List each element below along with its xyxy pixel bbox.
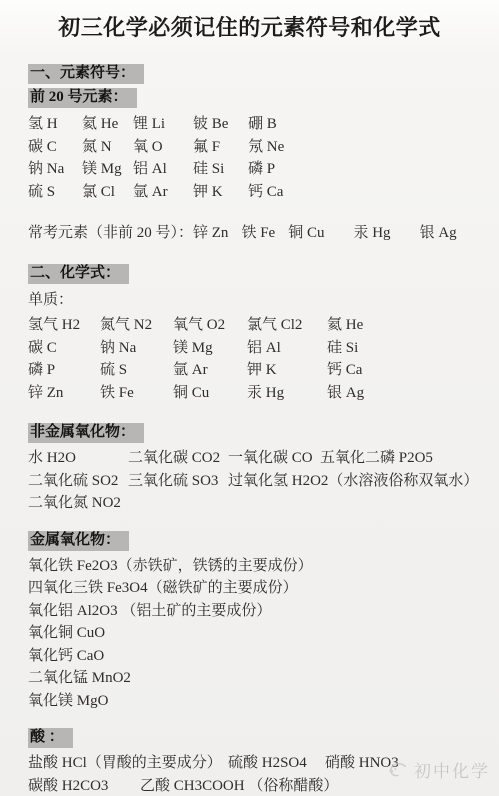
element-cell: 铝 Al [133, 158, 193, 181]
common-element: 银 Ag [420, 225, 457, 241]
formula-cell: 盐酸 HCl（胃酸的主要成分） [28, 752, 228, 775]
document-content: 一、元素符号： 前 20 号元素： 氢 H 氦 He 锂 Li 铍 Be 硼 B… [0, 64, 499, 796]
subheader-pure-substances: 单质： [28, 289, 489, 312]
section-header-chemical-formulas: 二、化学式： [28, 264, 129, 284]
formula-cell: 过氧化氢 H2O2（水溶液俗称双氧水） [228, 470, 478, 493]
formula-cell: 硫酸 H2SO4 [228, 752, 325, 775]
section-header-metal-oxides: 金属氧化物： [28, 531, 129, 551]
element-symbol-table: 氢 H 氦 He 锂 Li 铍 Be 硼 B 碳 C 氮 N 氧 O 氟 F 氖… [28, 113, 489, 203]
document-page: 初三化学必须记住的元素符号和化学式 一、元素符号： 前 20 号元素： 氢 H … [0, 0, 499, 796]
formula-cell: 碳 C [28, 337, 100, 360]
metal-oxide-line: 氧化铜 CuO [28, 622, 489, 645]
formula-cell: 水 H2O [28, 447, 128, 470]
element-cell: 硼 B [248, 113, 489, 136]
subsection-first-20: 前 20 号元素： [28, 88, 489, 108]
watermark: 初中化学 [387, 757, 490, 782]
element-cell: 钠 Na [28, 158, 82, 181]
element-cell: 磷 P [248, 158, 489, 181]
section-header-acids: 酸 ： [28, 728, 73, 748]
section-element-symbols: 一、元素符号： [28, 64, 489, 84]
element-cell: 硫 S [28, 181, 82, 204]
chemistry-logo-icon [387, 760, 409, 780]
formula-cell: 二氧化碳 CO2 [128, 447, 228, 470]
element-cell: 锂 Li [133, 113, 193, 136]
common-element: 锌 Zn [193, 225, 228, 241]
common-element: 铁 Fe [241, 225, 275, 241]
metal-oxide-line: 四氧化三铁 Fe3O4（磁铁矿的主要成份） [28, 577, 489, 600]
formula-cell: 硫 S [100, 359, 173, 382]
metal-oxide-line: 氧化铝 Al2O3 （铝土矿的主要成份） [28, 600, 489, 623]
formula-cell: 铁 Fe [100, 382, 173, 405]
formula-cell: 锌 Zn [28, 382, 100, 405]
formula-cell: 镁 Mg [173, 337, 247, 360]
formula-cell: 氢气 H2 [28, 314, 100, 337]
formula-cell: 乙酸 CH3COOH （俗称醋酸） [140, 775, 338, 796]
metal-oxide-line: 氧化镁 MgO [28, 690, 489, 713]
element-cell: 镁 Mg [82, 158, 133, 181]
page-title: 初三化学必须记住的元素符号和化学式 [6, 13, 493, 43]
formula-cell: 氩 Ar [173, 359, 247, 382]
element-cell: 碳 C [28, 136, 82, 159]
element-cell: 硅 Si [193, 158, 248, 181]
metal-oxide-line: 氧化钙 CaO [28, 645, 489, 668]
section-header-element-symbols: 一、元素符号： [28, 64, 144, 84]
section-acids: 酸 ： [28, 728, 489, 748]
element-cell: 氧 O [133, 136, 193, 159]
element-cell: 氖 Ne [248, 136, 489, 159]
formula-cell: 铜 Cu [173, 382, 247, 405]
common-elements-label: 常考元素（非前 20 号）： [28, 225, 193, 241]
formula-cell: 硅 Si [327, 337, 489, 360]
metal-oxide-list: 氧化铁 Fe2O3（赤铁矿，铁锈的主要成份） 四氧化三铁 Fe3O4（磁铁矿的主… [28, 555, 489, 713]
formula-cell: 二氧化硫 SO2 [28, 470, 128, 493]
metal-oxide-line: 二氧化锰 MnO2 [28, 667, 489, 690]
formula-cell: 氮气 N2 [100, 314, 173, 337]
formula-cell: 氯气 Cl2 [247, 314, 327, 337]
formula-cell: 钾 K [247, 359, 327, 382]
element-cell: 氟 F [193, 136, 248, 159]
formula-cell: 二氧化氮 NO2 [28, 492, 121, 515]
section-metal-oxides: 金属氧化物： [28, 531, 489, 551]
formula-cell: 银 Ag [327, 382, 489, 405]
element-cell: 氩 Ar [133, 181, 193, 204]
metal-oxide-line: 氧化铁 Fe2O3（赤铁矿，铁锈的主要成份） [28, 555, 489, 578]
element-cell: 铍 Be [193, 113, 248, 136]
formula-cell: 一氧化碳 CO [228, 447, 320, 470]
element-cell: 氮 N [82, 136, 133, 159]
nonmetal-oxide-row: 二氧化硫 SO2三氧化硫 SO3过氧化氢 H2O2（水溶液俗称双氧水） [28, 470, 489, 493]
formula-cell: 五氧化二磷 P2O5 [320, 447, 433, 470]
section-nonmetal-oxides: 非金属氧化物： [28, 423, 489, 443]
element-cell: 钾 K [193, 181, 248, 204]
element-cell: 氦 He [82, 113, 133, 136]
section-chemical-formulas: 二、化学式： [28, 264, 489, 284]
element-cell: 钙 Ca [248, 181, 489, 204]
common-elements-line: 常考元素（非前 20 号）：锌 Zn铁 Fe铜 Cu汞 Hg银 Ag [28, 222, 489, 245]
formula-cell: 磷 P [28, 359, 100, 382]
nonmetal-oxide-row: 二氧化氮 NO2 [28, 492, 489, 515]
formula-cell: 铝 Al [247, 337, 327, 360]
element-cell: 氯 Cl [82, 181, 133, 204]
nonmetal-oxide-list: 水 H2O二氧化碳 CO2一氧化碳 CO五氧化二磷 P2O5 二氧化硫 SO2三… [28, 447, 489, 515]
formula-cell: 氦 He [327, 314, 489, 337]
element-cell: 氢 H [28, 113, 82, 136]
formula-cell: 钠 Na [100, 337, 173, 360]
common-element: 汞 Hg [353, 225, 390, 241]
formula-cell: 汞 Hg [247, 382, 327, 405]
formula-cell: 三氧化硫 SO3 [128, 470, 228, 493]
formula-cell: 氧气 O2 [173, 314, 247, 337]
formula-cell: 碳酸 H2CO3 [28, 775, 140, 796]
formula-cell: 钙 Ca [327, 359, 489, 382]
section-header-nonmetal-oxides: 非金属氧化物： [28, 423, 144, 443]
pure-substance-table: 氢气 H2 氮气 N2 氧气 O2 氯气 Cl2 氦 He 碳 C 钠 Na 镁… [28, 314, 489, 404]
subheader-first-20-elements: 前 20 号元素： [28, 88, 137, 108]
common-element: 铜 Cu [288, 225, 324, 241]
nonmetal-oxide-row: 水 H2O二氧化碳 CO2一氧化碳 CO五氧化二磷 P2O5 [28, 447, 489, 470]
watermark-text: 初中化学 [414, 757, 490, 782]
